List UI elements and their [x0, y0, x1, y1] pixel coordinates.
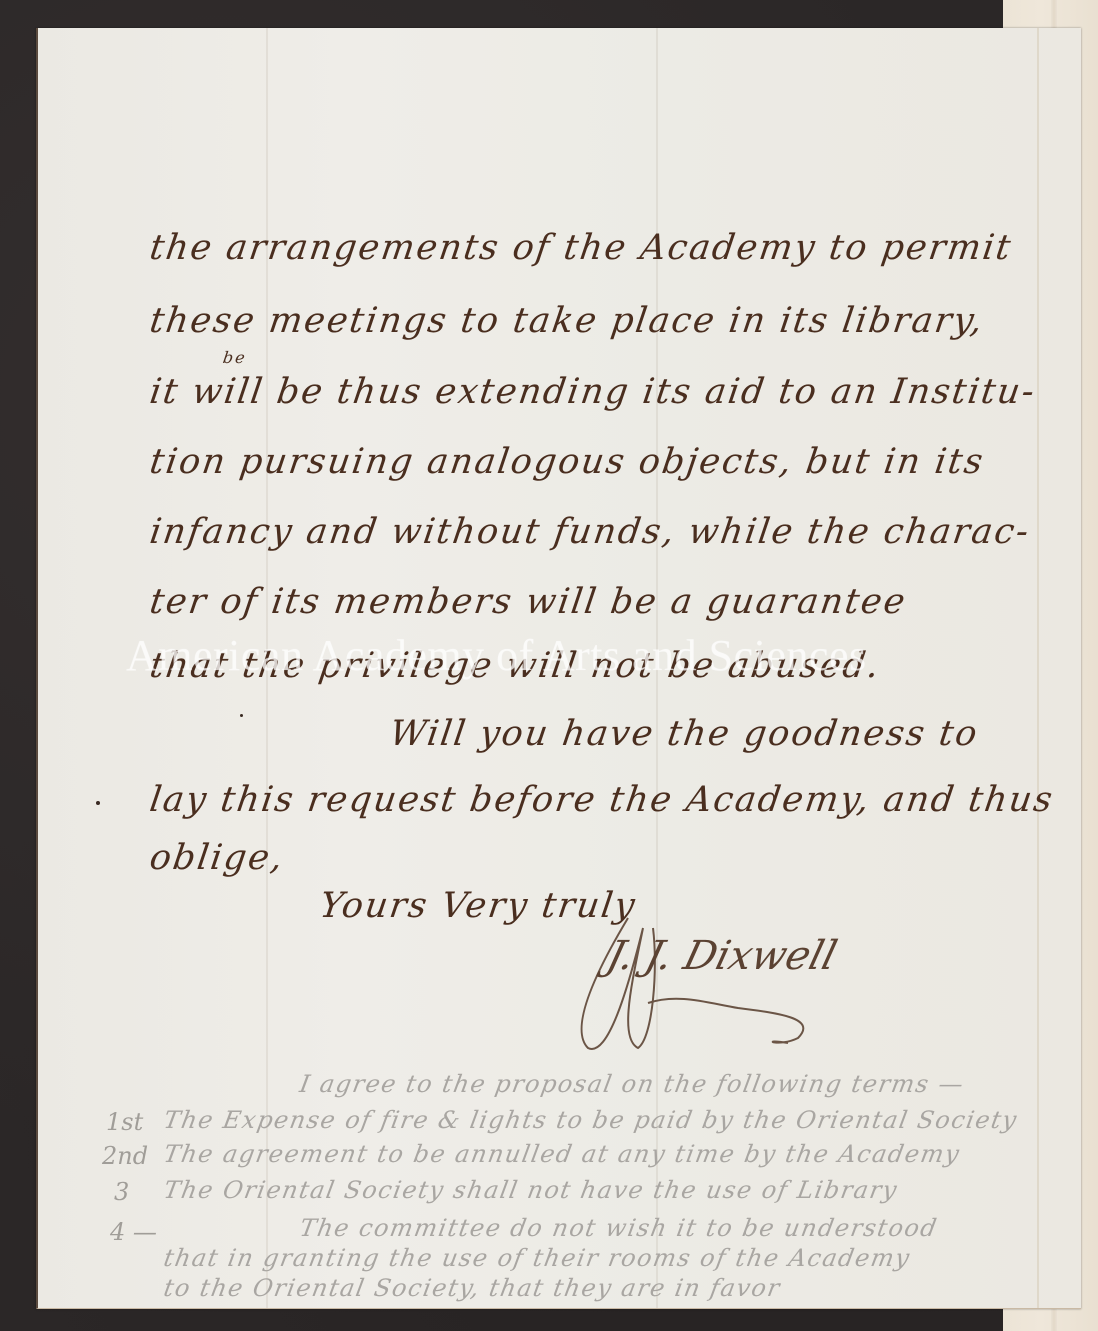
pencil-note-intro: I agree to the proposal on the following…: [36, 1070, 1081, 1098]
letter-page: the arrangements of the Academy to permi…: [36, 28, 1081, 1309]
letter-line: ter of its members will be a guarantee: [36, 582, 1081, 622]
letter-line: tion pursuing analogous objects, but in …: [36, 442, 1081, 482]
pencil-item: The Oriental Society shall not have the …: [36, 1176, 1081, 1204]
pencil-continuation: to the Oriental Society, that they are i…: [36, 1274, 1081, 1302]
letter-line: the arrangements of the Academy to permi…: [36, 228, 1081, 268]
letter-line: infancy and without funds, while the cha…: [36, 512, 1081, 552]
letter-line: Will you have the goodness to: [36, 714, 1081, 754]
letter-line: it will be thus extending its aid to an …: [36, 372, 1081, 412]
pencil-item: The Expense of fire & lights to be paid …: [36, 1106, 1081, 1134]
signature: J. J. Dixwell: [602, 933, 841, 979]
signature-flourish-icon: [558, 908, 858, 1058]
pencil-item: The agreement to be annulled at any time…: [36, 1140, 1081, 1168]
ink-speck: [96, 801, 100, 805]
letter-line: these meetings to take place in its libr…: [36, 301, 1081, 341]
watermark: American Academy of Arts and Sciences: [126, 630, 867, 681]
letter-line: oblige,: [36, 838, 1081, 878]
pencil-item: The committee do not wish it to be under…: [36, 1214, 1081, 1242]
interlinear-insertion: be: [37, 348, 1081, 367]
letter-line: lay this request before the Academy, and…: [36, 780, 1081, 820]
pencil-continuation: that in granting the use of their rooms …: [36, 1244, 1081, 1272]
ink-speck: [240, 714, 243, 717]
